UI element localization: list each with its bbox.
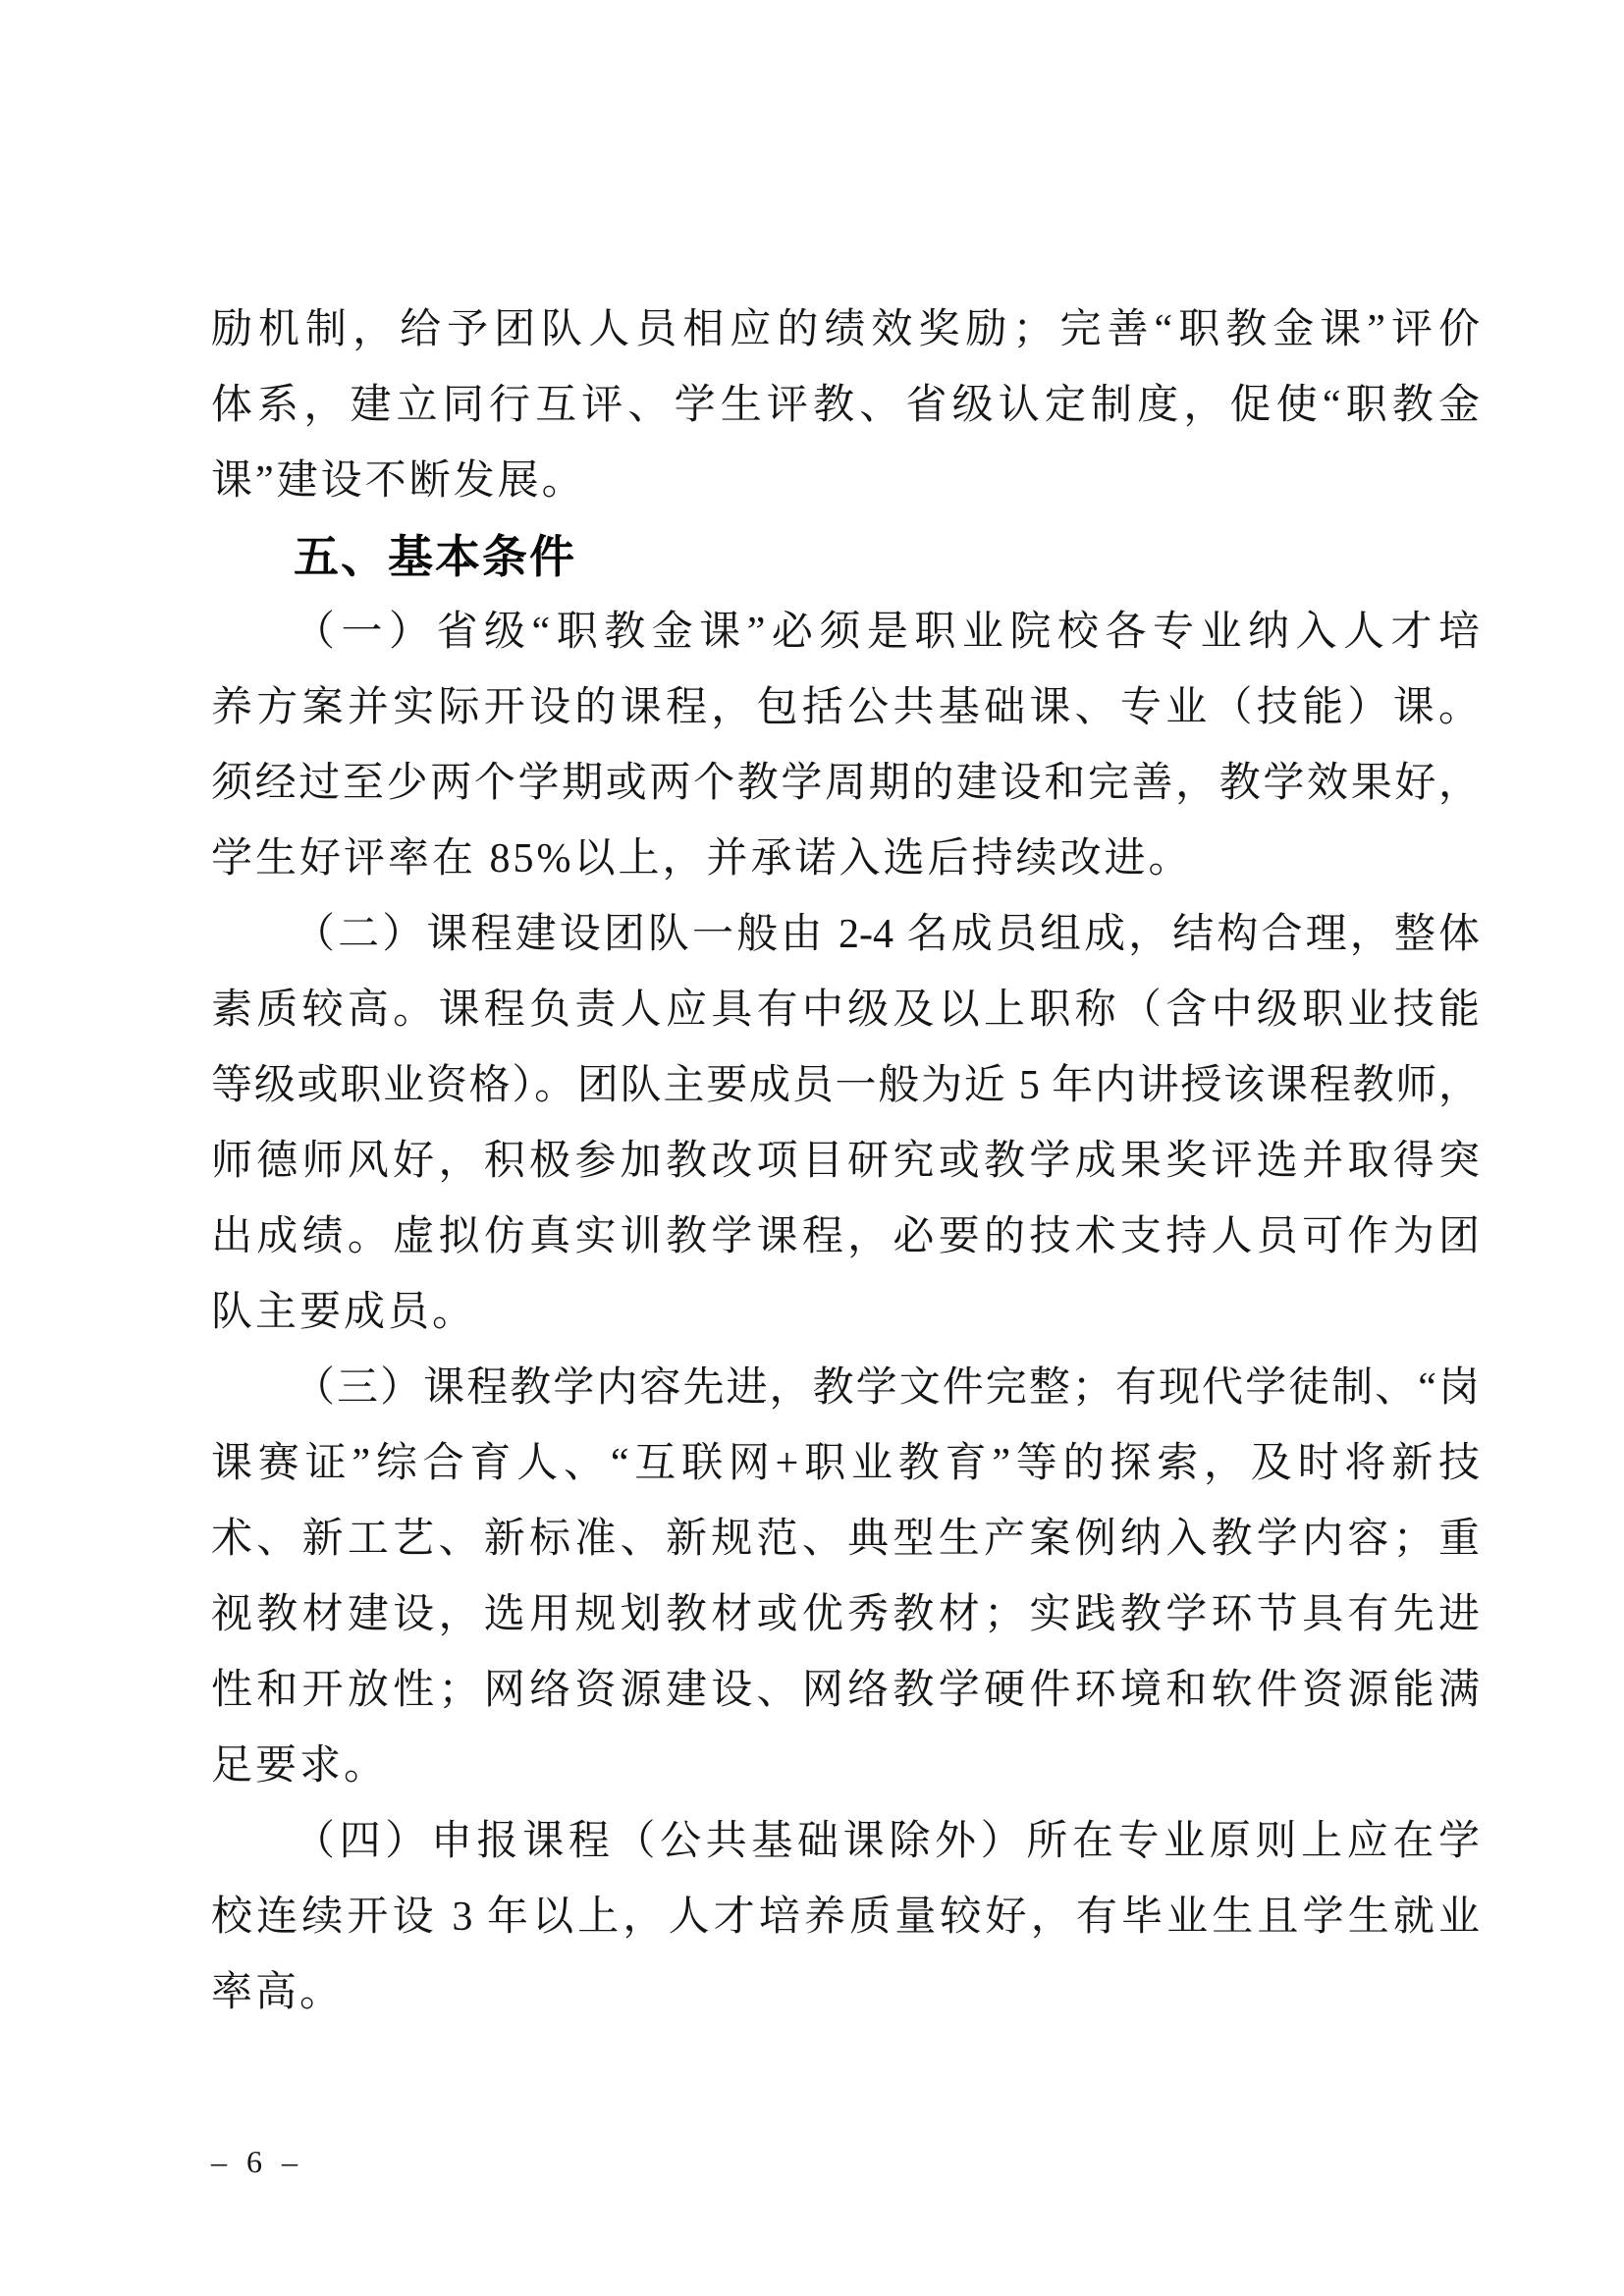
text-line: （四）申报课程（公共基础课除外）所在专业原则上应在学 xyxy=(211,1804,1480,1880)
text-line: 出成绩。虚拟仿真实训教学课程，必要的技术支持人员可作为团 xyxy=(211,1200,1480,1275)
text-line: 性和开放性；网络资源建设、网络教学硬件环境和软件资源能满 xyxy=(211,1653,1480,1729)
text-line: 课赛证”综合育人、“互联网+职业教育”等的探索，及时将新技 xyxy=(211,1426,1480,1502)
text-line: 等级或职业资格）。团队主要成员一般为近 5 年内讲授该课程教师， xyxy=(211,1048,1480,1124)
section-heading: 五、基本条件 xyxy=(211,519,1480,595)
text-line: 课”建设不断发展。 xyxy=(211,444,1480,519)
document-page: 励机制，给予团队人员相应的绩效奖励；完善“职教金课”评价 体系，建立同行互评、学… xyxy=(0,0,1624,2296)
text-line: 素质较高。课程负责人应具有中级及以上职称（含中级职业技能 xyxy=(211,973,1480,1048)
text-line: 术、新工艺、新标准、新规范、典型生产案例纳入教学内容；重 xyxy=(211,1502,1480,1577)
text-line: 队主要成员。 xyxy=(211,1275,1480,1351)
text-line: （三）课程教学内容先进，教学文件完整；有现代学徒制、“岗 xyxy=(211,1351,1480,1426)
document-body: 励机制，给予团队人员相应的绩效奖励；完善“职教金课”评价 体系，建立同行互评、学… xyxy=(211,293,1480,2031)
page-number: – 6 – xyxy=(211,2142,303,2181)
text-line: 足要求。 xyxy=(211,1729,1480,1804)
text-line: 体系，建立同行互评、学生评教、省级认定制度，促使“职教金 xyxy=(211,368,1480,444)
text-line: 率高。 xyxy=(211,1955,1480,2031)
text-line: 励机制，给予团队人员相应的绩效奖励；完善“职教金课”评价 xyxy=(211,293,1480,368)
text-line: （一）省级“职教金课”必须是职业院校各专业纳入人才培 xyxy=(211,595,1480,670)
text-line: 视教材建设，选用规划教材或优秀教材；实践教学环节具有先进 xyxy=(211,1577,1480,1653)
text-line: 师德师风好，积极参加教改项目研究或教学成果奖评选并取得突 xyxy=(211,1124,1480,1200)
text-line: 养方案并实际开设的课程，包括公共基础课、专业（技能）课。 xyxy=(211,670,1480,746)
text-line: 须经过至少两个学期或两个教学周期的建设和完善，教学效果好， xyxy=(211,746,1480,822)
text-line: 校连续开设 3 年以上，人才培养质量较好，有毕业生且学生就业 xyxy=(211,1880,1480,1955)
text-line: 学生好评率在 85%以上，并承诺入选后持续改进。 xyxy=(211,822,1480,897)
text-line: （二）课程建设团队一般由 2-4 名成员组成，结构合理，整体 xyxy=(211,897,1480,973)
